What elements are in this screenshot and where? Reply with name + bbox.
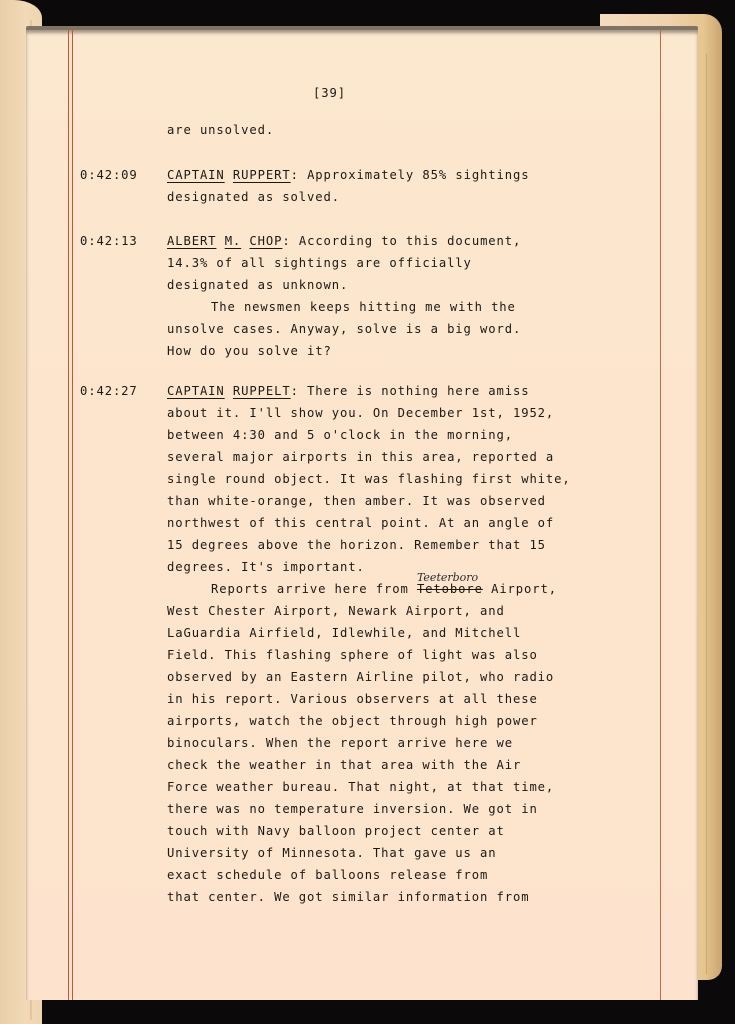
text-line: observed by an Eastern Airline pilot, wh… (167, 666, 627, 688)
text-line: are unsolved. (167, 119, 627, 141)
text-line: designated as solved. (167, 186, 627, 208)
text-line: CAPTAIN RUPPELT: There is nothing here a… (167, 380, 627, 402)
speaker-name: M. (225, 234, 241, 248)
text-line-with-correction: Reports arrive here from TetoboreTeeterb… (167, 578, 627, 600)
text-line: airports, watch the object through high … (167, 710, 627, 732)
text-line: West Chester Airport, Newark Airport, an… (167, 600, 627, 622)
scanned-document-photo: [39] are unsolved. 0:42:09 CAPTAIN RUPPE… (0, 0, 735, 1024)
text-line: 15 degrees above the horizon. Remember t… (167, 534, 627, 556)
handwritten-correction: Teeterboro (417, 567, 478, 589)
text-line: northwest of this central point. At an a… (167, 512, 627, 534)
speaker-name: CAPTAIN (167, 384, 225, 398)
speaker-name: RUPPELT (233, 384, 291, 398)
struck-text: TetoboreTeeterboro (417, 582, 483, 596)
speaker-name: CHOP (249, 234, 282, 248)
timecode: 0:42:09 (80, 164, 138, 186)
text-line: LaGuardia Airfield, Idlewhile, and Mitch… (167, 622, 627, 644)
text-line: than white-orange, then amber. It was ob… (167, 490, 627, 512)
page-number: [39] (313, 82, 346, 104)
text-line: Field. This flashing sphere of light was… (167, 644, 627, 666)
continuation-text: are unsolved. (167, 119, 627, 141)
text-line: University of Minnesota. That gave us an (167, 842, 627, 864)
text-line: exact schedule of balloons release from (167, 864, 627, 886)
text-line: degrees. It's important. (167, 556, 627, 578)
text-fragment: Reports arrive here from (211, 582, 417, 596)
text-line: ALBERT M. CHOP: According to this docume… (167, 230, 627, 252)
text-line: that center. We got similar information … (167, 886, 627, 908)
stack-line (706, 54, 707, 974)
text-line: binoculars. When the report arrive here … (167, 732, 627, 754)
text-fragment: : Approximately 85% sightings (291, 168, 530, 182)
left-margin-line-inner (72, 30, 73, 1000)
text-line: The newsmen keeps hitting me with the (167, 296, 627, 318)
text-line: about it. I'll show you. On December 1st… (167, 402, 627, 424)
text-line: designated as unknown. (167, 274, 627, 296)
text-line: unsolve cases. Anyway, solve is a big wo… (167, 318, 627, 340)
speaker-name: ALBERT (167, 234, 216, 248)
left-margin-line (68, 30, 69, 1000)
text-line: between 4:30 and 5 o'clock in the mornin… (167, 424, 627, 446)
speaker-name: CAPTAIN (167, 168, 225, 182)
entry-0942-09: CAPTAIN RUPPERT: Approximately 85% sight… (167, 164, 627, 208)
text-line: several major airports in this area, rep… (167, 446, 627, 468)
entry-0-42-13: ALBERT M. CHOP: According to this docume… (167, 230, 627, 362)
text-fragment: Airport, (483, 582, 557, 596)
text-fragment: : There is nothing here amiss (291, 384, 530, 398)
text-line: Force weather bureau. That night, at tha… (167, 776, 627, 798)
speaker-name: RUPPERT (233, 168, 291, 182)
text-line: check the weather in that area with the … (167, 754, 627, 776)
transcript-page: [39] are unsolved. 0:42:09 CAPTAIN RUPPE… (26, 30, 698, 1000)
text-line: How do you solve it? (167, 340, 627, 362)
text-line: single round object. It was flashing fir… (167, 468, 627, 490)
text-line: 14.3% of all sightings are officially (167, 252, 627, 274)
text-line: there was no temperature inversion. We g… (167, 798, 627, 820)
entry-0-42-27: CAPTAIN RUPPELT: There is nothing here a… (167, 380, 627, 908)
text-line: CAPTAIN RUPPERT: Approximately 85% sight… (167, 164, 627, 186)
text-line: touch with Navy balloon project center a… (167, 820, 627, 842)
timecode: 0:42:27 (80, 380, 138, 402)
text-line: in his report. Various observers at all … (167, 688, 627, 710)
text-fragment: : According to this document, (282, 234, 521, 248)
right-margin-line (660, 30, 661, 1000)
timecode: 0:42:13 (80, 230, 138, 252)
